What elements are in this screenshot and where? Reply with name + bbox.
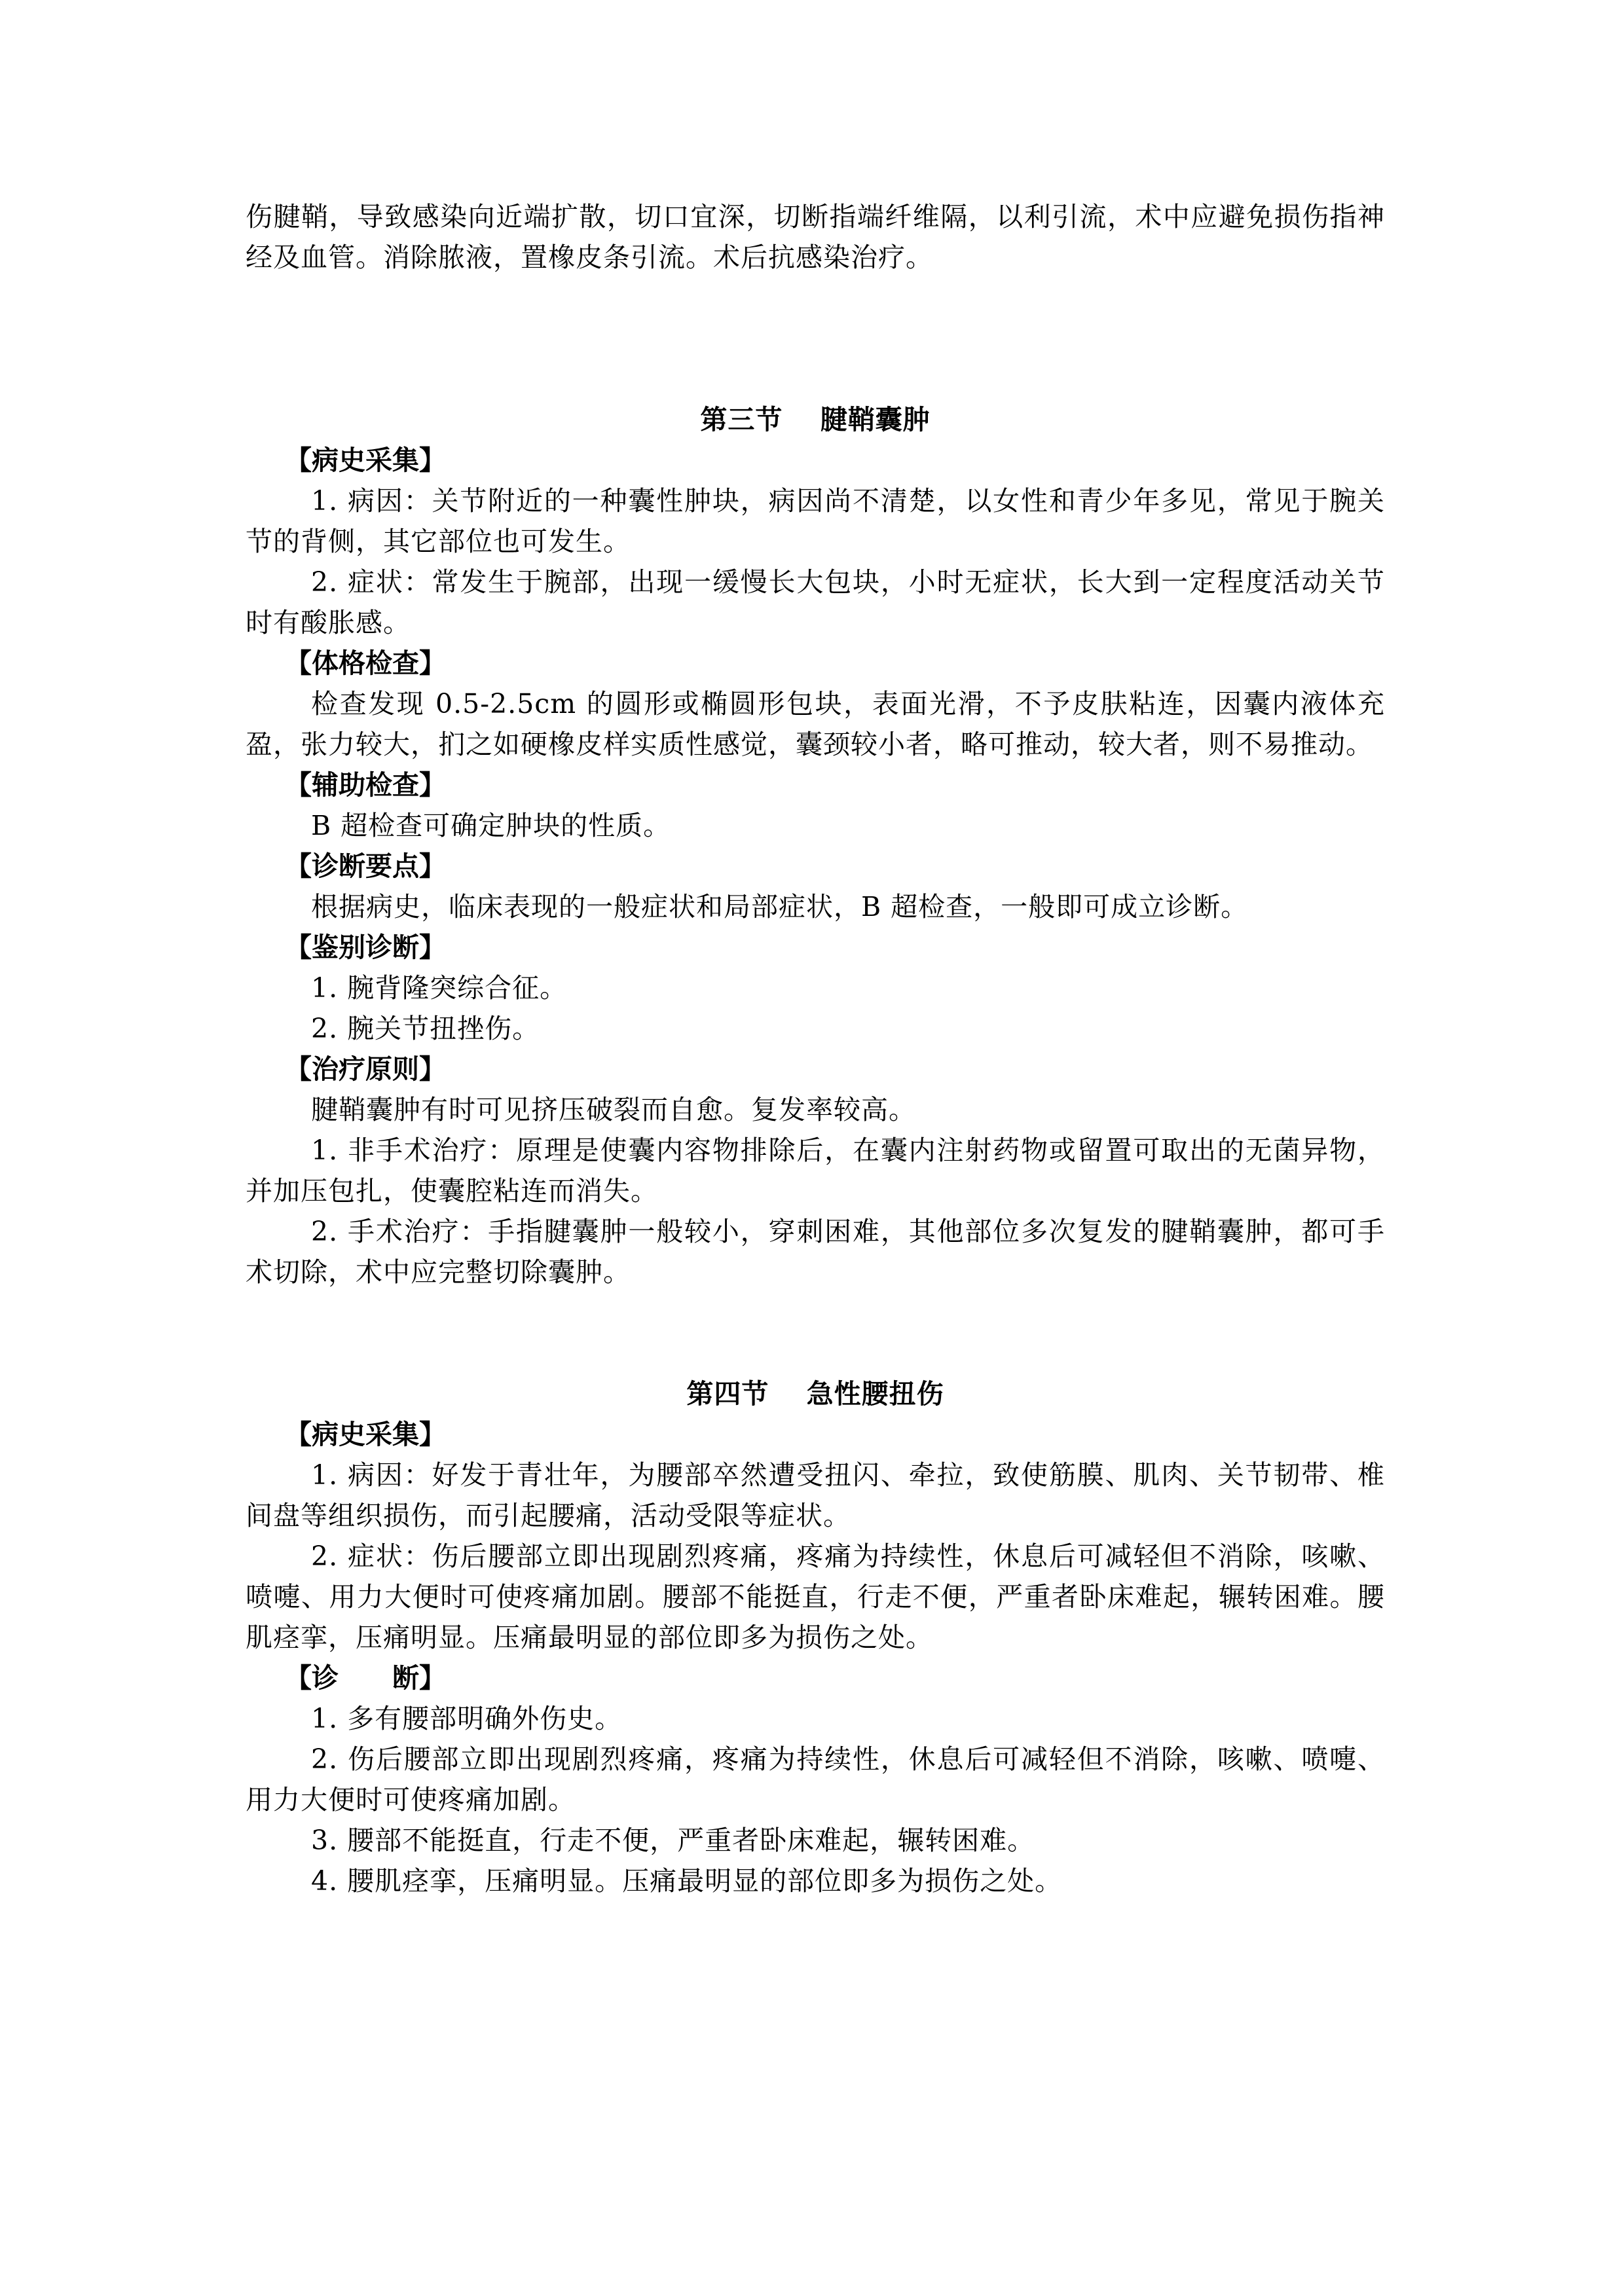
treatment-item: 2. 手术治疗：手指腱囊肿一般较小，穿刺困难，其他部位多次复发的腱鞘囊肿，都可手…	[246, 1211, 1385, 1292]
history-item: 1. 病因：关节附近的一种囊性肿块，病因尚不清楚，以女性和青少年多见，常见于腕关…	[246, 481, 1385, 562]
spacer	[246, 278, 1385, 399]
diagnosis-item: 2. 伤后腰部立即出现剧烈疼痛，疼痛为持续性，休息后可减轻但不消除，咳嗽、喷嚏、…	[246, 1739, 1385, 1820]
section-ganglion-cyst: 第三节 腱鞘囊肿 【病史采集】 1. 病因：关节附近的一种囊性肿块，病因尚不清楚…	[246, 399, 1385, 1292]
continuation-paragraph: 伤腱鞘，导致感染向近端扩散，切口宜深，切断指端纤维隔，以利引流，术中应避免损伤指…	[246, 196, 1385, 278]
auxiliary-exam-text: B 超检查可确定肿块的性质。	[246, 805, 1385, 846]
history-item: 2. 症状：常发生于腕部，出现一缓慢长大包块，小时无症状，长大到一定程度活动关节…	[246, 562, 1385, 643]
physical-exam-text: 检查发现 0.5-2.5cm 的圆形或椭圆形包块，表面光滑，不予皮肤粘连，因囊内…	[246, 683, 1385, 765]
differential-item: 1. 腕背隆突综合征。	[246, 968, 1385, 1008]
subhead-auxiliary-exam: 【辅助检查】	[246, 765, 1385, 805]
subhead-differential: 【鉴别诊断】	[246, 927, 1385, 968]
section-title: 第四节 急性腰扭伤	[246, 1374, 1385, 1414]
subhead-diagnosis-points: 【诊断要点】	[246, 846, 1385, 886]
subhead-diagnosis: 【诊 断】	[246, 1658, 1385, 1698]
diagnosis-item: 3. 腰部不能挺直，行走不便，严重者卧床难起，辗转困难。	[246, 1820, 1385, 1861]
section-title: 第三节 腱鞘囊肿	[246, 399, 1385, 440]
subhead-history: 【病史采集】	[246, 1414, 1385, 1455]
history-item: 2. 症状：伤后腰部立即出现剧烈疼痛，疼痛为持续性，休息后可减轻但不消除，咳嗽、…	[246, 1536, 1385, 1658]
treatment-item: 1. 非手术治疗：原理是使囊内容物排除后，在囊内注射药物或留置可取出的无菌异物，…	[246, 1130, 1385, 1211]
subhead-physical-exam: 【体格检查】	[246, 643, 1385, 683]
diagnosis-item: 4. 腰肌痉挛，压痛明显。压痛最明显的部位即多为损伤之处。	[246, 1861, 1385, 1901]
spacer	[246, 1292, 1385, 1374]
document-page: 伤腱鞘，导致感染向近端扩散，切口宜深，切断指端纤维隔，以利引流，术中应避免损伤指…	[246, 196, 1385, 1901]
differential-item: 2. 腕关节扭挫伤。	[246, 1008, 1385, 1049]
subhead-history: 【病史采集】	[246, 440, 1385, 481]
diagnosis-points-text: 根据病史，临床表现的一般症状和局部症状，B 超检查，一般即可成立诊断。	[246, 886, 1385, 927]
history-item: 1. 病因：好发于青壮年，为腰部卒然遭受扭闪、牵拉，致使筋膜、肌肉、关节韧带、椎…	[246, 1455, 1385, 1536]
diagnosis-item: 1. 多有腰部明确外伤史。	[246, 1698, 1385, 1739]
subhead-treatment: 【治疗原则】	[246, 1049, 1385, 1089]
treatment-intro: 腱鞘囊肿有时可见挤压破裂而自愈。复发率较高。	[246, 1089, 1385, 1130]
section-acute-lumbar-sprain: 第四节 急性腰扭伤 【病史采集】 1. 病因：好发于青壮年，为腰部卒然遭受扭闪、…	[246, 1374, 1385, 1901]
